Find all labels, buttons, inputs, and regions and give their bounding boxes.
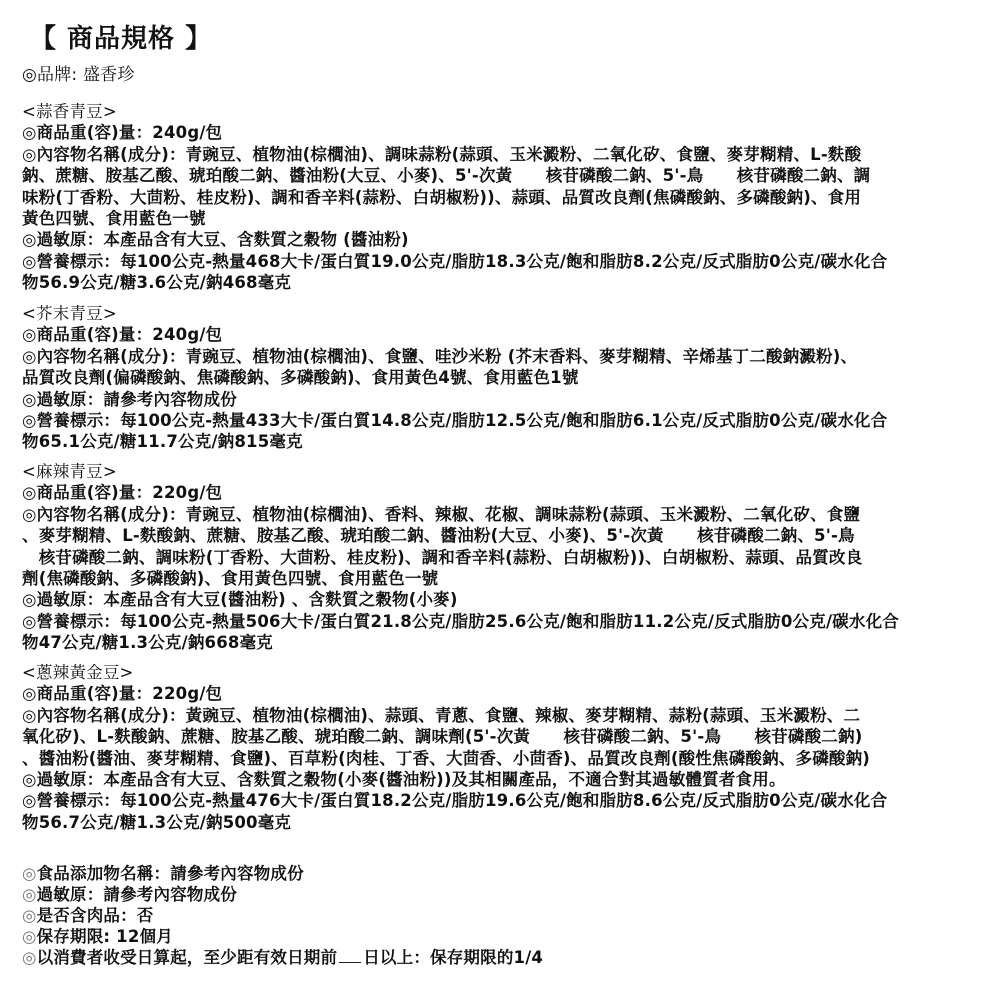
- info-text: 以消費者收受日算起，至少距有效日期前: [37, 948, 338, 967]
- weight-line: ◎商品重(容)量：220g/包: [22, 482, 222, 504]
- info-text: 是否含肉品：否: [37, 906, 154, 925]
- weight-line: ◎商品重(容)量：220g/包: [22, 683, 222, 705]
- allergen-line: ◎過敏原：請參考內容物成份: [22, 389, 237, 411]
- circle-bullet-icon: ◎: [22, 927, 37, 946]
- allergen-line: ◎過敏原：本產品含有大豆(醬油粉) 、含麩質之穀物(小麥): [22, 589, 458, 611]
- ingredients-line: 、醬油粉(醬油、麥芽糊精、食鹽)、百草粉(肉桂、丁香、大茴香、小茴香)、品質改良…: [22, 748, 870, 770]
- ingredients-line: ◎內容物名稱(成分)：青豌豆、植物油(棕櫚油)、香料、辣椒、花椒、調味蒜粉(蒜頭…: [22, 504, 860, 526]
- brand-line: ◎品牌: 盛香珍: [22, 64, 135, 86]
- nutrition-line: ◎營養標示：每100公克-熱量506大卡/蛋白質21.8公克/脂肪25.6公克/…: [22, 611, 899, 633]
- circle-bullet-icon: ◎: [22, 864, 37, 883]
- nutrition-line: 物56.9公克/糖3.6公克/鈉468毫克: [22, 272, 291, 294]
- info-text: 過敏原：請參考內容物成份: [37, 885, 237, 904]
- weight-line: ◎商品重(容)量：240g/包: [22, 122, 222, 144]
- nutrition-line: 物47公克/糖1.3公克/鈉668毫克: [22, 632, 273, 654]
- circle-bullet-icon: ◎: [22, 906, 37, 925]
- info-text: 日以上：保存期限的1/4: [363, 948, 543, 967]
- weight-line: ◎商品重(容)量：240g/包: [22, 324, 222, 346]
- allergen-line: ◎過敏原：本產品含有大豆、含麩質之穀物(小麥(醬油粉))及其相關產品，不適合對其…: [22, 769, 786, 791]
- nutrition-line: ◎營養標示：每100公克-熱量468大卡/蛋白質19.0公克/脂肪18.3公克/…: [22, 251, 887, 273]
- info-line-shelf-life: ◎保存期限: 12個月: [22, 926, 173, 948]
- ingredients-line: 黃色四號、食用藍色一號: [22, 208, 206, 230]
- ingredients-line: 品質改良劑(偏磷酸鈉、焦磷酸鈉、多磷酸鈉)、食用黃色4號、食用藍色1號: [22, 367, 579, 389]
- product-name: <蒜香青豆>: [22, 101, 117, 123]
- ingredients-line: 味粉(丁香粉、大茴粉、桂皮粉)、調和香辛料(蒜粉、白胡椒粉))、蒜頭、品質改良劑…: [22, 187, 861, 209]
- ingredients-line: 、麥芽糊精、L-麩酸鈉、蔗糖、胺基乙酸、琥珀酸二鈉、醬油粉(大豆、小麥)、5'-…: [22, 525, 855, 547]
- blank-underline: [339, 948, 361, 963]
- allergen-line: ◎過敏原：本產品含有大豆、含麩質之穀物 (醬油粉): [22, 229, 409, 251]
- ingredients-line: ◎內容物名稱(成分)：青豌豆、植物油(棕櫚油)、調味蒜粉(蒜頭、玉米澱粉、二氧化…: [22, 144, 861, 166]
- product-name: <芥末青豆>: [22, 303, 117, 325]
- circle-bullet-icon: ◎: [22, 885, 37, 904]
- info-text: 食品添加物名稱：請參考內容物成份: [37, 864, 304, 883]
- product-name: <麻辣青豆>: [22, 461, 117, 483]
- circle-bullet-icon: ◎: [22, 948, 37, 967]
- info-text: 保存期限: 12個月: [37, 927, 173, 946]
- ingredients-line: 劑(焦磷酸鈉、多磷酸鈉)、食用黃色四號、食用藍色一號: [22, 568, 438, 590]
- product-name: <蔥辣黃金豆>: [22, 662, 134, 684]
- ingredients-line: ◎內容物名稱(成分)：黃豌豆、植物油(棕櫚油)、蒜頭、青蔥、食鹽、辣椒、麥芽糊精…: [22, 705, 860, 727]
- info-line-meat: ◎是否含肉品：否: [22, 905, 154, 927]
- page-title: 【 商品規格 】: [30, 18, 212, 55]
- ingredients-line: 核苷磷酸二鈉、調味粉(丁香粉、大茴粉、桂皮粉)、調和香辛料(蒜粉、白胡椒粉))、…: [22, 547, 862, 569]
- info-line-allergen: ◎過敏原：請參考內容物成份: [22, 884, 237, 906]
- ingredients-line: 鈉、蔗糖、胺基乙酸、琥珀酸二鈉、醬油粉(大豆、小麥)、5'-次黃 核苷磷酸二鈉、…: [22, 165, 870, 187]
- info-line-additives: ◎食品添加物名稱：請參考內容物成份: [22, 863, 304, 885]
- nutrition-line: 物56.7公克/糖1.3公克/鈉500毫克: [22, 812, 291, 834]
- ingredients-line: 氧化矽)、L-麩酸鈉、蔗糖、胺基乙酸、琥珀酸二鈉、調味劑(5'-次黃 核苷磷酸二…: [22, 726, 862, 748]
- nutrition-line: ◎營養標示：每100公克-熱量433大卡/蛋白質14.8公克/脂肪12.5公克/…: [22, 410, 887, 432]
- info-line-expiry: ◎以消費者收受日算起，至少距有效日期前日以上：保存期限的1/4: [22, 947, 543, 969]
- nutrition-line: 物65.1公克/糖11.7公克/鈉815毫克: [22, 431, 303, 453]
- nutrition-line: ◎營養標示：每100公克-熱量476大卡/蛋白質18.2公克/脂肪19.6公克/…: [22, 790, 887, 812]
- ingredients-line: ◎內容物名稱(成分)：青豌豆、植物油(棕櫚油)、食鹽、哇沙米粉 (芥末香料、麥芽…: [22, 346, 857, 368]
